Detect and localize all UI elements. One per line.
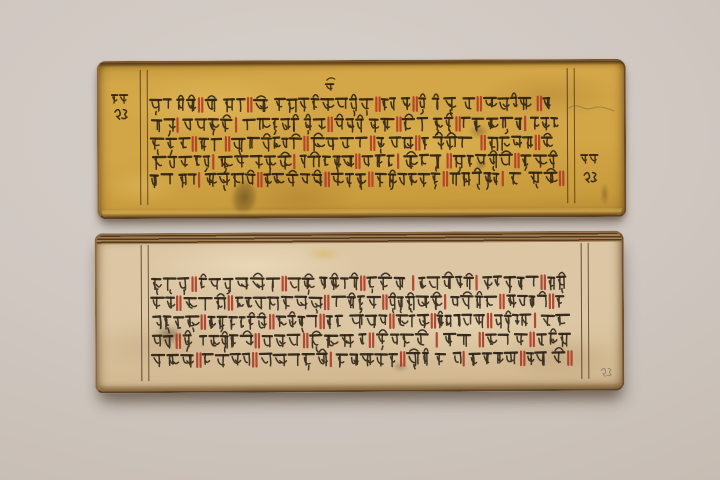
red-danda-marks [213, 154, 518, 169]
text-line-glyphs [152, 168, 557, 191]
margin-note-glyphs [327, 84, 332, 90]
red-danda-marks [193, 276, 545, 291]
red-danda-marks [193, 136, 539, 151]
photo-stage [0, 0, 720, 480]
text-line-headline [152, 352, 564, 356]
upper-handwritten-text-layer [99, 61, 629, 221]
margin-note-glyphs [113, 95, 126, 103]
text-line-headline [151, 295, 563, 299]
stacked-pages-edge [97, 233, 622, 245]
red-danda-marks [202, 314, 535, 329]
manuscript-lower-leaf [95, 231, 625, 394]
yellow-stain [300, 244, 348, 264]
text-line-glyphs [152, 93, 550, 117]
folio-digit-marks [584, 173, 596, 183]
text-line-headline [153, 154, 557, 157]
text-line-headline [151, 172, 557, 175]
folio-digit-marks [115, 110, 127, 120]
stain [599, 179, 610, 209]
stain [389, 360, 411, 374]
text-line-glyphs [153, 272, 564, 295]
red-danda-marks [178, 117, 526, 132]
red-danda-marks [199, 97, 541, 112]
pencil-scribble [569, 106, 614, 111]
upper-leaf-bottom-bevel [101, 208, 622, 217]
shri-invocation-mark [326, 78, 335, 90]
lower-left-ruling-lines [141, 245, 150, 381]
folio-digit-marks [601, 368, 611, 376]
text-line-glyphs [157, 310, 565, 333]
text-line-glyphs [157, 113, 558, 136]
stain [465, 121, 493, 141]
lower-right-ruling-lines [581, 243, 590, 379]
red-danda-marks [197, 351, 571, 366]
text-line-headline [152, 117, 557, 120]
shri-invocation-matra [327, 78, 335, 80]
text-line-headline [153, 314, 569, 318]
right-folio-annotation [581, 155, 598, 182]
lower-leaf-bottom-bevel [99, 383, 620, 392]
text-line-glyphs [153, 132, 552, 155]
upper-leaf-top-rim [99, 61, 624, 67]
upper-right-ruling-lines [567, 68, 576, 203]
text-line-glyphs [154, 329, 567, 353]
red-danda-marks [177, 333, 534, 348]
text-line-headline [150, 97, 549, 100]
red-danda-marks [177, 294, 553, 309]
text-line-glyphs [155, 151, 556, 174]
ink-smudge [150, 321, 188, 349]
text-line-headline [152, 276, 565, 280]
pencil-folio-number [601, 368, 611, 376]
stain [473, 157, 489, 171]
upper-left-ruling-lines [140, 70, 149, 205]
manuscript-upper-leaf [97, 59, 627, 219]
left-folio-annotation [112, 95, 128, 119]
text-line-headline [151, 136, 552, 139]
margin-note-glyphs [582, 155, 596, 163]
text-line-glyphs [154, 348, 563, 371]
lower-handwritten-text-layer [97, 233, 627, 396]
text-line-glyphs [153, 291, 561, 314]
text-line-headline [153, 333, 570, 337]
red-danda-marks [199, 172, 563, 187]
